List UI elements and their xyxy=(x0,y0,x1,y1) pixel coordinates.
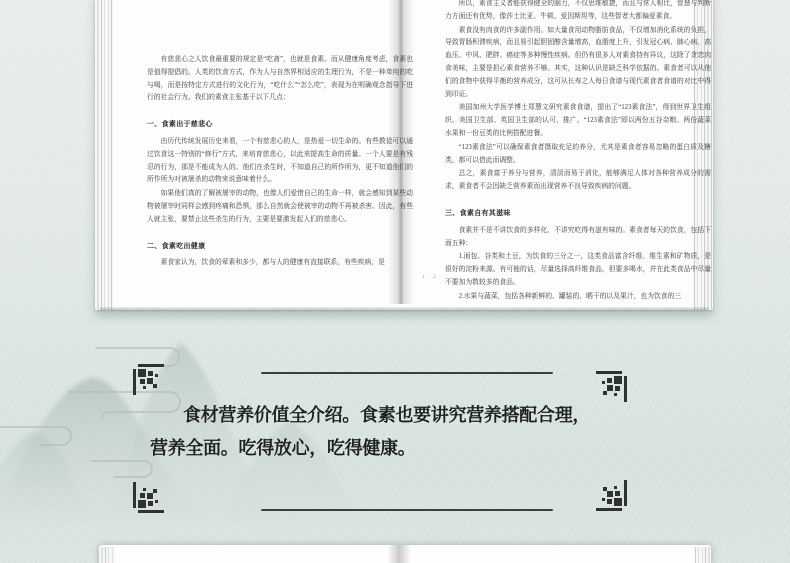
intro-paragraph: 有慈悲心之人饮食最重要的规定是“吃斋”，也就是食素。而从健康角度考虑，食素也是值… xyxy=(147,54,413,105)
paragraph: 2.水果与蔬菜，包括各种新鲜的、罐装的、晒干的以及果汁，也为饮食的三 xyxy=(445,291,711,300)
paragraph: 如果他们真的了解被屠宰的动物，也像人们爱惜自己的生命一样，就会感知到某些动物被屠… xyxy=(147,188,413,226)
book-spine-shadow xyxy=(387,545,411,563)
frame-top-line xyxy=(261,372,553,374)
section-heading-3: 三、食素自有其滋味 xyxy=(445,207,711,220)
open-book-photo: 有慈悲心之人饮食最重要的规定是“吃斋”，也就是食素。而从健康角度考虑，食素也是值… xyxy=(95,0,713,310)
book-detail-page: 有慈悲心之人饮食最重要的规定是“吃斋”，也就是食素。而从健康角度考虑，食素也是值… xyxy=(0,0,790,563)
banner-tagline: 食材营养价值全介绍。食素也要讲究营养搭配合理， 营养全面。吃得放心，吃得健康。 xyxy=(150,399,600,465)
tagline-line-1: 食材营养价值全介绍。食素也要讲究营养搭配合理， xyxy=(150,399,600,432)
second-book-top-edge xyxy=(99,545,711,563)
page-edges-right xyxy=(695,547,711,563)
corner-ornament-icon xyxy=(596,371,627,402)
book-spine-shadow xyxy=(388,0,414,304)
paragraph: 总之，素食富于养分与营养，清淡而易于消化，能够满足人体对各种营养成分的需求，素食… xyxy=(445,168,711,194)
paragraph: 1.面包、谷类和土豆，为饮食的三分之一，这类食品富含纤维、维生素和矿物质，是很好… xyxy=(445,251,711,289)
corner-ornament-icon xyxy=(133,364,164,395)
section-heading-1: 一、食素出于慈悲心 xyxy=(147,118,413,131)
paragraph: 素食家认为，饮食的荤素和多少，都与人的健康有直接联系，有些疾病，是 xyxy=(147,257,413,270)
book-right-page: 所以，素食主义者能获得健全的脑力，不仅思维敏捷，而且与常人相比，智慧与判断力方面… xyxy=(419,0,737,300)
paragraph: “123素食法”可以确保素食者摄取充足的养分，尤其是素食者容易忽略的蛋白质及糖类… xyxy=(445,142,711,168)
page-edges-left xyxy=(99,547,115,563)
section-heading-2: 二、食素吃出健康 xyxy=(147,240,413,253)
corner-ornament-icon xyxy=(133,482,164,513)
page-number-right: 2 xyxy=(433,271,436,284)
paragraph: 美国加州大学医学博士郑慧文研究素食食谱，提出了“123素食法”，得到世界卫生组织… xyxy=(445,102,711,140)
paragraph: 素食没有肉食的许多副作用。如大量食用动物脂肪食品，不仅增加消化系统的负担，导致胃… xyxy=(445,25,711,102)
paragraph: 所以，素食主义者能获得健全的脑力，不仅思维敏捷，而且与常人相比，智慧与判断力方面… xyxy=(445,0,711,24)
paragraph: 食素并不是不讲饮食的多样化、不讲究吃得有滋有味的。素食者每天的饮食，包括下面五种… xyxy=(445,225,711,251)
page-edges-left xyxy=(95,0,114,310)
corner-ornament-icon xyxy=(596,480,627,511)
frame-bottom-line xyxy=(261,509,553,511)
paragraph: 由历代传统发展历史来看，一个有慈悲心的人，是热爱一切生命的。有些教徒可以通过饮食… xyxy=(147,136,413,187)
book-bottom-edge xyxy=(99,307,709,310)
tagline-line-2: 营养全面。吃得放心，吃得健康。 xyxy=(150,432,600,465)
